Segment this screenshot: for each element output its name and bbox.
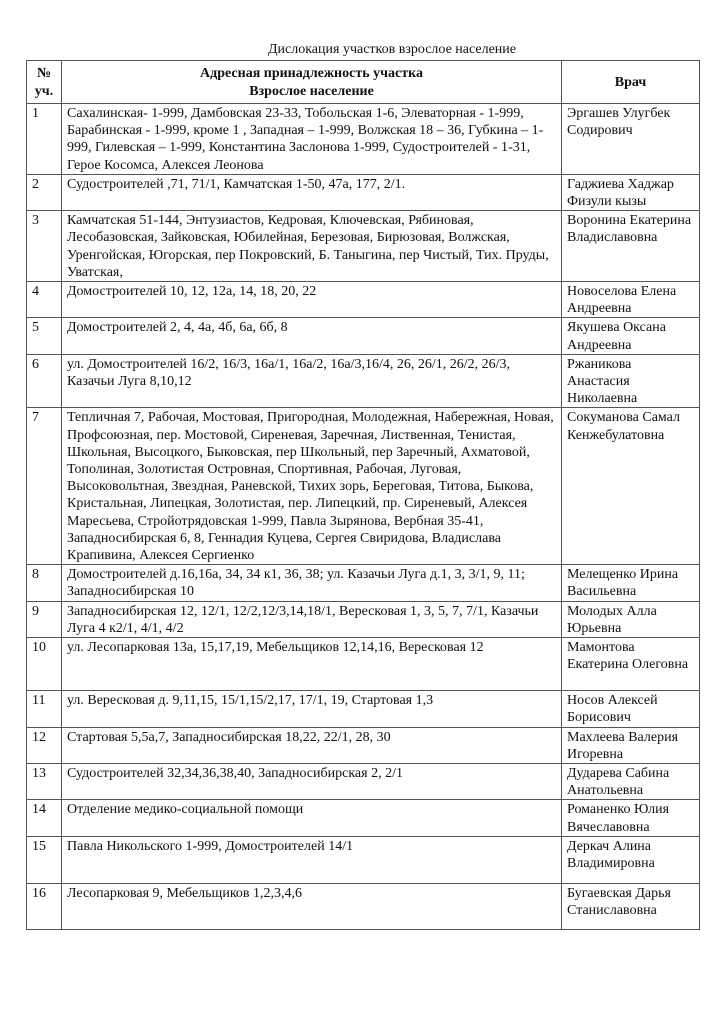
row-address: Павла Никольского 1-999, Домостроителей …: [62, 836, 562, 883]
row-address: Западносибирская 12, 12/1, 12/2,12/3,14,…: [62, 601, 562, 637]
dislocation-table: № уч. Адресная принадлежность участка Вз…: [26, 60, 700, 930]
row-address: Домостроителей д.16,16а, 34, 34 к1, 36, …: [62, 565, 562, 601]
row-address: ул. Лесопарковая 13а, 15,17,19, Мебельщи…: [62, 638, 562, 691]
row-doctor: Мелещенко Ирина Васильевна: [562, 565, 700, 601]
row-doctor: Ржаникова Анастасия Николаевна: [562, 354, 700, 408]
row-doctor: Новоселова Елена Андреевна: [562, 282, 700, 318]
header-number-symbol: №: [32, 65, 56, 82]
row-number: 16: [27, 883, 62, 929]
row-doctor: Носов Алексей Борисович: [562, 691, 700, 727]
table-row: 15Павла Никольского 1-999, Домостроителе…: [27, 836, 700, 883]
row-doctor: Эргашев Улугбек Содирович: [562, 104, 700, 175]
table-row: 4Домостроителей 10, 12, 12а, 14, 18, 20,…: [27, 282, 700, 318]
row-doctor: Воронина Екатерина Владиславовна: [562, 211, 700, 282]
table-body: 1Сахалинская- 1-999, Дамбовская 23-33, Т…: [27, 104, 700, 930]
table-row: 7Тепличная 7, Рабочая, Мостовая, Пригоро…: [27, 408, 700, 565]
table-row: 12Стартовая 5,5а,7, Западносибирская 18,…: [27, 727, 700, 763]
row-number: 10: [27, 638, 62, 691]
row-doctor: Махлеева Валерия Игоревна: [562, 727, 700, 763]
row-doctor: Бугаевская Дарья Станиславовна: [562, 883, 700, 929]
row-number: 8: [27, 565, 62, 601]
row-number: 5: [27, 318, 62, 354]
table-row: 8Домостроителей д.16,16а, 34, 34 к1, 36,…: [27, 565, 700, 601]
row-number: 4: [27, 282, 62, 318]
row-number: 1: [27, 104, 62, 175]
row-number: 6: [27, 354, 62, 408]
table-row: 5Домостроителей 2, 4, 4а, 4б, 6а, 6б, 8Я…: [27, 318, 700, 354]
row-doctor: Деркач Алина Владимировна: [562, 836, 700, 883]
row-address: Судостроителей ,71, 71/1, Камчатская 1-5…: [62, 174, 562, 210]
row-number: 9: [27, 601, 62, 637]
header-number: № уч.: [27, 61, 62, 104]
table-header-row: № уч. Адресная принадлежность участка Вз…: [27, 61, 700, 104]
row-doctor: Гаджиева Хаджар Физули кызы: [562, 174, 700, 210]
table-row: 3Камчатская 51-144, Энтузиастов, Кедрова…: [27, 211, 700, 282]
row-doctor: Романенко Юлия Вячеславовна: [562, 800, 700, 836]
row-number: 15: [27, 836, 62, 883]
header-doctor: Врач: [562, 61, 700, 104]
table-row: 13Судостроителей 32,34,36,38,40, Западно…: [27, 763, 700, 799]
row-address: Стартовая 5,5а,7, Западносибирская 18,22…: [62, 727, 562, 763]
table-row: 9Западносибирская 12, 12/1, 12/2,12/3,14…: [27, 601, 700, 637]
row-address: ул. Домостроителей 16/2, 16/3, 16а/1, 16…: [62, 354, 562, 408]
table-row: 1Сахалинская- 1-999, Дамбовская 23-33, Т…: [27, 104, 700, 175]
table-row: 10ул. Лесопарковая 13а, 15,17,19, Мебель…: [27, 638, 700, 691]
table-row: 2Судостроителей ,71, 71/1, Камчатская 1-…: [27, 174, 700, 210]
document-title: Дислокация участков взрослое население: [0, 42, 724, 58]
row-doctor: Молодых Алла Юрьевна: [562, 601, 700, 637]
row-number: 12: [27, 727, 62, 763]
row-address: Камчатская 51-144, Энтузиастов, Кедровая…: [62, 211, 562, 282]
row-address: Сахалинская- 1-999, Дамбовская 23-33, То…: [62, 104, 562, 175]
row-number: 13: [27, 763, 62, 799]
row-number: 3: [27, 211, 62, 282]
header-address-subtitle: Взрослое население: [67, 83, 556, 100]
row-address: Судостроителей 32,34,36,38,40, Западноси…: [62, 763, 562, 799]
row-address: Лесопарковая 9, Мебельщиков 1,2,3,4,6: [62, 883, 562, 929]
header-address-title: Адресная принадлежность участка: [67, 65, 556, 82]
row-address: Отделение медико-социальной помощи: [62, 800, 562, 836]
row-number: 14: [27, 800, 62, 836]
header-address: Адресная принадлежность участка Взрослое…: [62, 61, 562, 104]
row-address: Тепличная 7, Рабочая, Мостовая, Пригород…: [62, 408, 562, 565]
row-address: Домостроителей 10, 12, 12а, 14, 18, 20, …: [62, 282, 562, 318]
table-row: 11ул. Вересковая д. 9,11,15, 15/1,15/2,1…: [27, 691, 700, 727]
row-doctor: Мамонтова Екатерина Олеговна: [562, 638, 700, 691]
row-doctor: Сокуманова Самал Кенжебулатовна: [562, 408, 700, 565]
row-address: Домостроителей 2, 4, 4а, 4б, 6а, 6б, 8: [62, 318, 562, 354]
table-row: 14Отделение медико-социальной помощиРома…: [27, 800, 700, 836]
row-doctor: Якушева Оксана Андреевна: [562, 318, 700, 354]
row-number: 11: [27, 691, 62, 727]
row-number: 2: [27, 174, 62, 210]
row-number: 7: [27, 408, 62, 565]
row-doctor: Дударева Сабина Анатольевна: [562, 763, 700, 799]
table-row: 6ул. Домостроителей 16/2, 16/3, 16а/1, 1…: [27, 354, 700, 408]
header-number-abbr: уч.: [32, 83, 56, 100]
table-row: 16Лесопарковая 9, Мебельщиков 1,2,3,4,6Б…: [27, 883, 700, 929]
row-address: ул. Вересковая д. 9,11,15, 15/1,15/2,17,…: [62, 691, 562, 727]
